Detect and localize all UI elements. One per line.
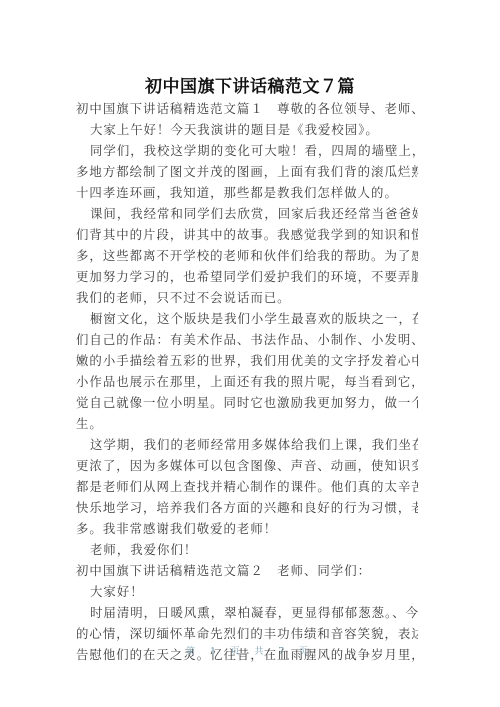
text-line: 我们的老师，只不过不会说话而已。 xyxy=(76,287,418,308)
text-line: 都是老师们从网上查找并精心制作的课件。他们真的太辛苦了，为了能让我们 xyxy=(76,476,418,497)
page-number-footer: 第 1 页 共 7 页 xyxy=(0,644,500,657)
text-line: 们自己的作品：有美术作品、书法作品、小制作、小发明、手抄报，我们用稚 xyxy=(76,329,418,350)
text-line: 课间，我经常和同学们去欣赏，回家后我还经常当爸爸妈妈的小老师，给他 xyxy=(76,203,418,224)
text-line: 觉自己就像一位小明星。同时它也激励我更加努力，做一个全面发展的小学 xyxy=(76,392,418,413)
text-line: 小作品也展示在那里，上面还有我的照片呢，每当看到它，我非常的自豪，感 xyxy=(76,371,418,392)
text-line: 快乐地学习，培养我们各方面的兴趣和良好的行为习惯，老师们付出了很多很 xyxy=(76,497,418,518)
text-line: 多，这些都离不开学校的老师和伙伴们给我的帮助。为了感谢你们，我一定会 xyxy=(76,245,418,266)
text-line: 多。我非常感谢我们敬爱的老师！ xyxy=(76,518,418,539)
text-line: 更加努力学习的，也希望同学们爱护我们的环境，不要弄脏了它，因为它也是 xyxy=(76,266,418,287)
text-line: 橱窗文化，这个版块是我们小学生最喜欢的版块之一，在那里，可以看到我 xyxy=(76,308,418,329)
text-line: 大家上午好！今天我演讲的题目是《我爱校园》。 xyxy=(76,119,418,140)
text-line: 更浓了，因为多媒体可以包含图像、声音、动画，使知识变得生动有趣。那些 xyxy=(76,455,418,476)
section-heading-line: 初中国旗下讲话稿精选范文篇２ 老师、同学们： xyxy=(76,560,418,581)
text-line: 老师，我爱你们！ xyxy=(76,539,418,560)
text-line: 多地方都绘制了图文并茂的图画，上面有我们背的滚瓜烂熟的弟子规，还有二 xyxy=(76,161,418,182)
text-line: 大家好！ xyxy=(76,581,418,602)
text-line: 初中国旗下讲话稿精选范文篇１ 尊敬的各位领导、老师、同学们： xyxy=(76,98,418,119)
text-line: 这学期，我们的老师经常用多媒体给我们上课，我们坐在课堂上学习的兴趣 xyxy=(76,434,418,455)
text-line: 们背其中的片段，讲其中的故事。我感觉我学到的知识和懂得的道理越来越 xyxy=(76,224,418,245)
text-line: 嫩的小手描绘着五彩的世界，我们用优美的文字抒发着心中美好的理想。我的 xyxy=(76,350,418,371)
document-body: 初中国旗下讲话稿精选范文篇１ 尊敬的各位领导、老师、同学们： 大家上午好！今天我… xyxy=(76,98,418,665)
text-line: 生。 xyxy=(76,413,418,434)
text-line: 时届清明，日暖风熏，翠柏凝春，更显得郁郁葱葱。、今天我们怀着无比崇敬 xyxy=(76,602,418,623)
text-line: 的心情，深切缅怀革命先烈们的丰功伟绩和音容笑貌，表达我们的思念之情， xyxy=(76,623,418,644)
document-page: 初中国旗下讲话稿范文７篇 初中国旗下讲话稿精选范文篇１ 尊敬的各位领导、老师、同… xyxy=(0,0,500,707)
text-line: 同学们，我校这学期的变化可大啦！看，四周的墙壁上，走廊的柱子上，好 xyxy=(76,140,418,161)
document-title: 初中国旗下讲话稿范文７篇 xyxy=(0,72,500,97)
text-line: 十四孝连环画，我知道，那些都是教我们怎样做人的。 xyxy=(76,182,418,203)
